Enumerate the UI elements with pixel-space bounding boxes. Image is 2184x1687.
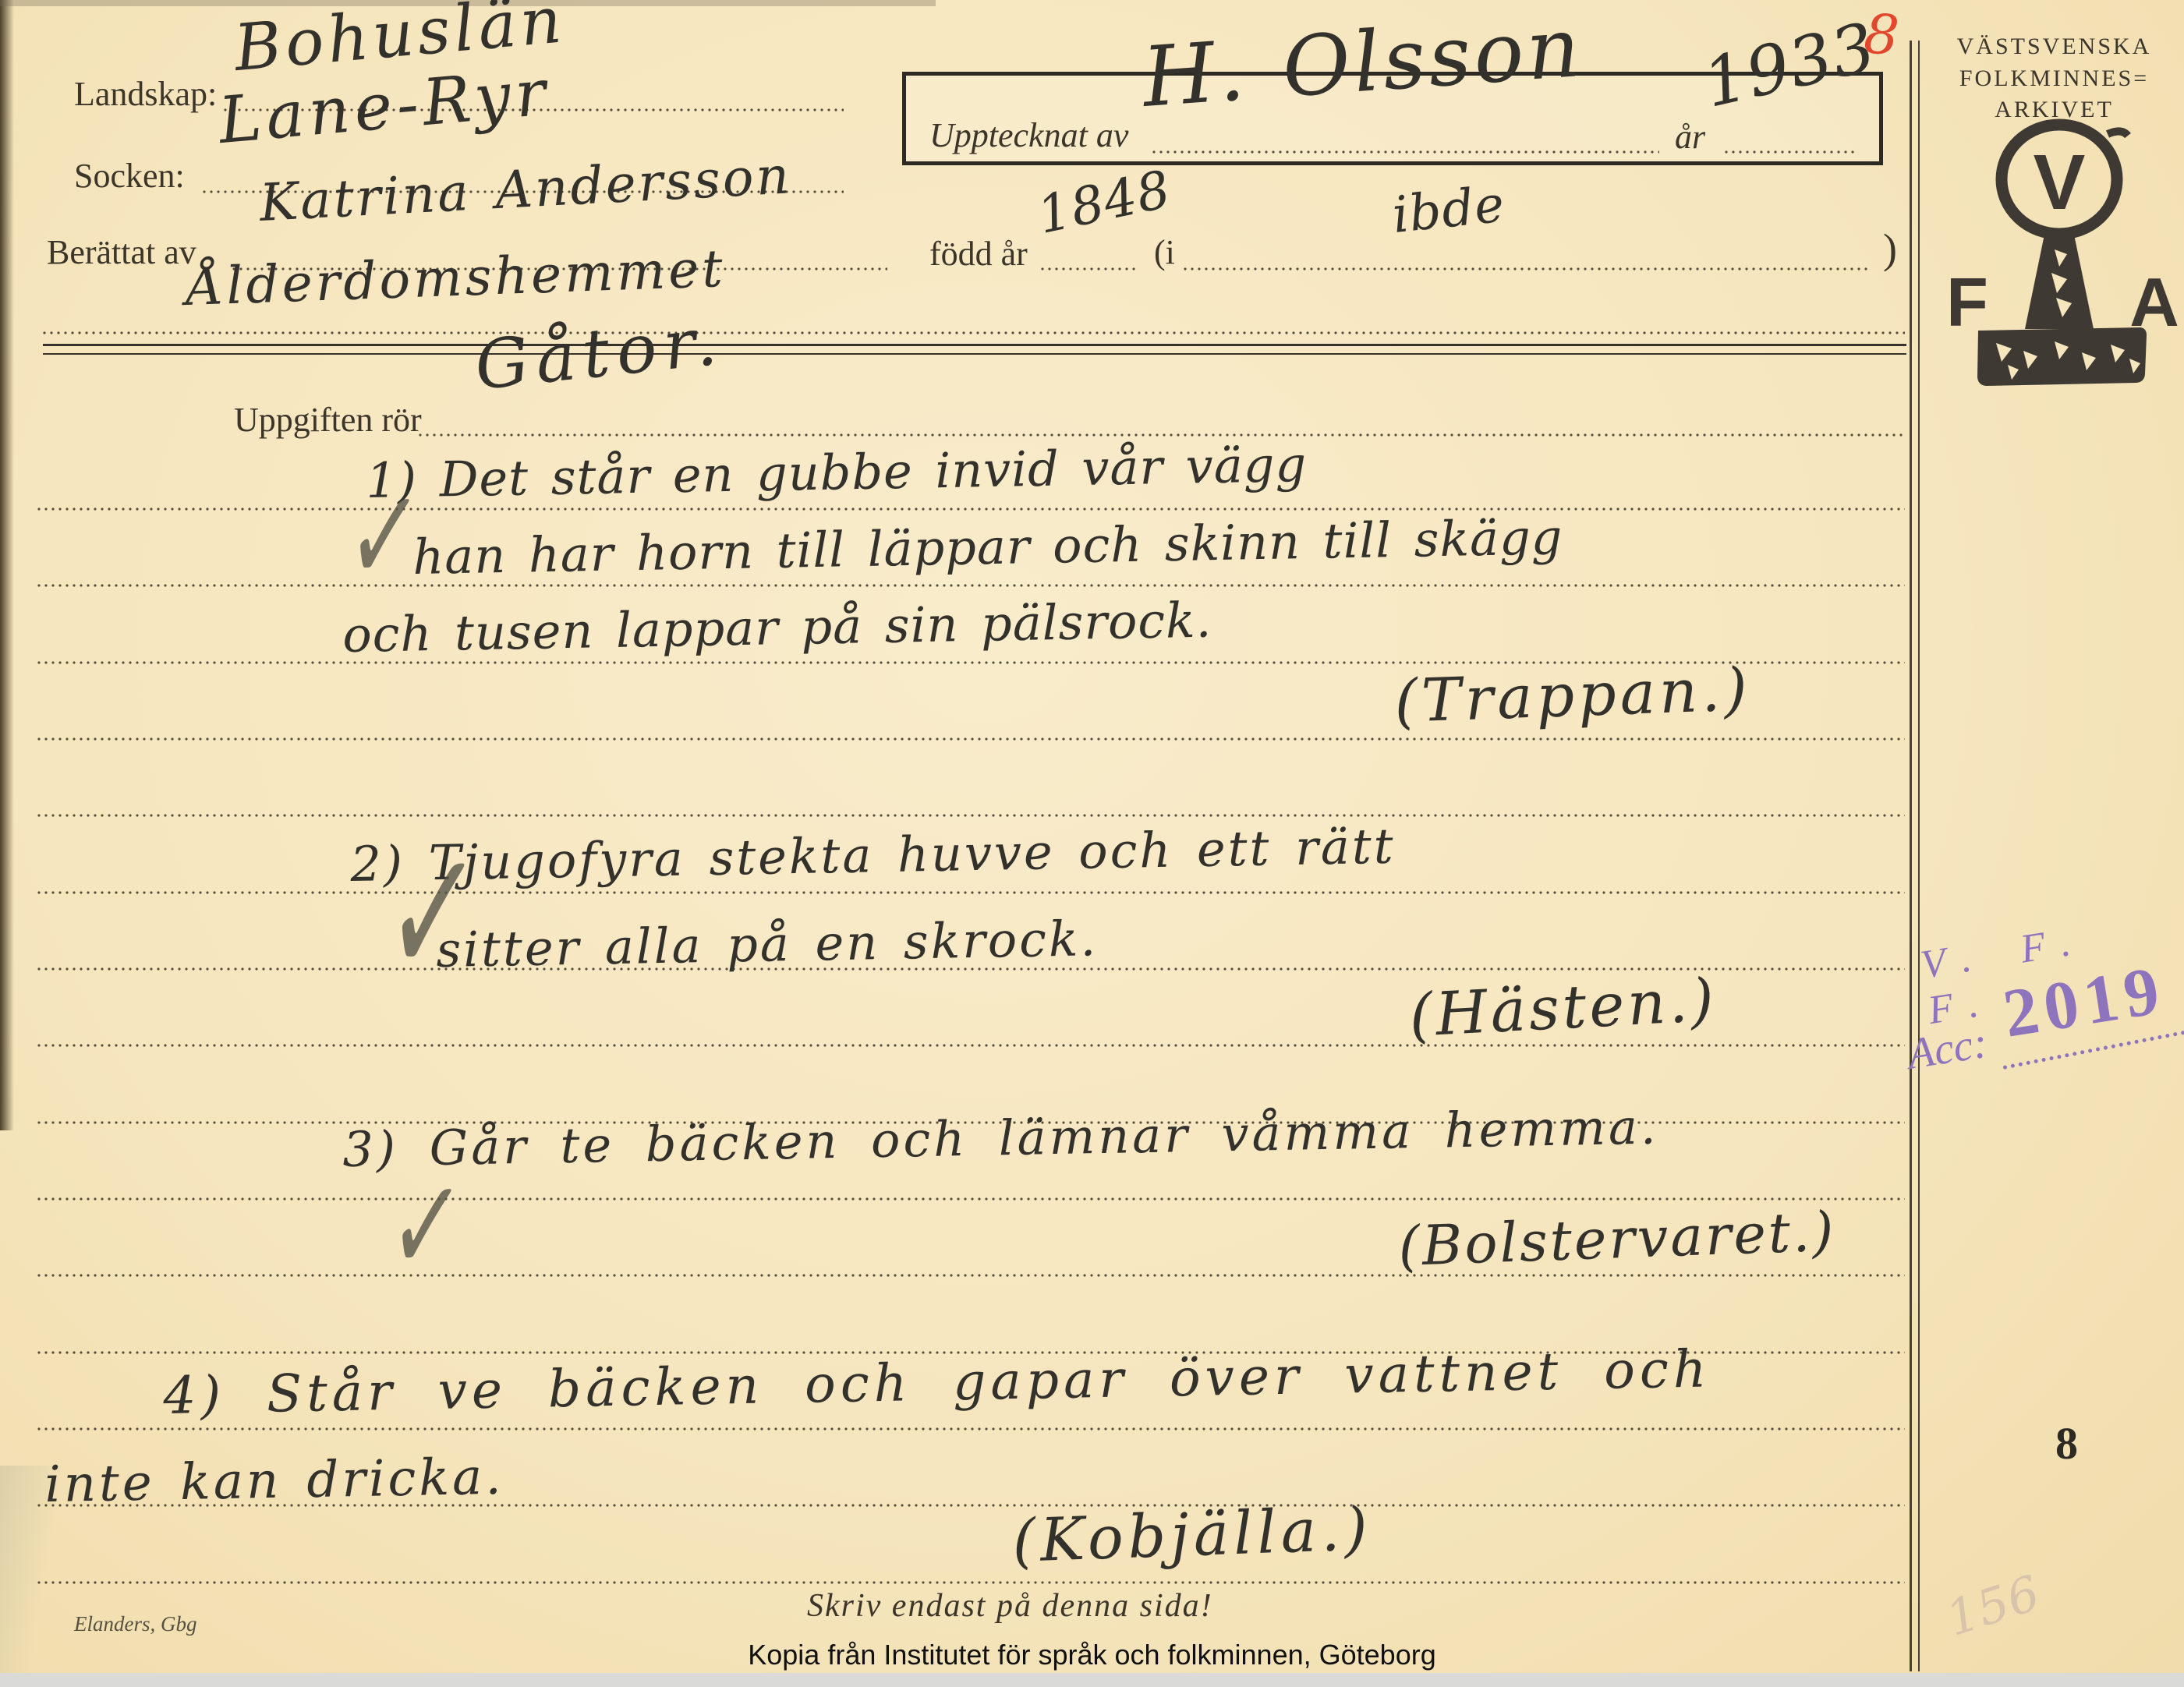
archive-name-line2: FOLKMINNES= bbox=[1924, 63, 2184, 95]
stamp-acc-label: Acc: bbox=[1904, 1018, 1991, 1080]
riddle-1-line-1: 1) Det står en gubbe invid vår vägg bbox=[366, 436, 1308, 509]
berattat-value-line2: Ålderdomshemmet bbox=[185, 239, 727, 317]
write-only-this-side-note: Skriv endast på denna sida! bbox=[807, 1587, 1213, 1625]
thor-hammer-logo-icon: V F A bbox=[1938, 117, 2181, 413]
year-label: år bbox=[1675, 117, 1705, 157]
uppgiften-label: Uppgiften rör bbox=[234, 400, 422, 440]
scan-edge-left bbox=[0, 0, 14, 1130]
riddle-3-line-1: 3) Går te bäcken och lämnar våmma hemma. bbox=[342, 1098, 1659, 1178]
socken-label: Socken: bbox=[74, 156, 185, 196]
year-dotted-line bbox=[1725, 150, 1856, 154]
logo-letter-f: F bbox=[1946, 263, 1988, 341]
uppgiften-dotted-line bbox=[419, 433, 1903, 437]
ruled-line bbox=[37, 891, 1905, 894]
archive-name-line1: VÄSTSVENSKA bbox=[1924, 31, 2184, 63]
logo-letter-v: V bbox=[2034, 139, 2086, 226]
archive-name: VÄSTSVENSKA FOLKMINNES= ARKIVET bbox=[1924, 31, 2184, 126]
birthplace-open-paren: (i bbox=[1154, 232, 1175, 272]
fodd-dotted-line bbox=[1041, 267, 1138, 271]
riddle-1-line-3: och tusen lappar på sin pälsrock. bbox=[342, 592, 1212, 663]
printer-imprint: Elanders, Gbg bbox=[74, 1612, 197, 1636]
landskap-label: Landskap: bbox=[74, 74, 217, 114]
ruled-line bbox=[37, 1427, 1905, 1431]
riddle-1-line-2: han har horn till läppar och skinn till … bbox=[412, 508, 1563, 585]
riddle-4-line-2: inte kan dricka. bbox=[44, 1448, 504, 1514]
pencil-checkmark: ✓ bbox=[378, 812, 487, 1016]
birthplace-dotted-line bbox=[1184, 267, 1871, 271]
riddle-2-line-2: sitter alla på en skrock. bbox=[436, 910, 1099, 978]
full-width-dotted-line bbox=[43, 331, 1905, 334]
ruled-line bbox=[37, 737, 1905, 741]
scan-bottom-strip bbox=[0, 1673, 2184, 1687]
header-double-rule bbox=[43, 344, 1906, 355]
riddle-1-answer: (Trappan.) bbox=[1393, 654, 1752, 736]
ruled-line bbox=[37, 1044, 1905, 1047]
riddle-2-line-1: 2) Tjugofyra stekta huvve och ett rätt bbox=[350, 818, 1396, 893]
margin-double-rule bbox=[1910, 41, 1920, 1671]
riddle-3-answer: (Bolstervaret.) bbox=[1397, 1199, 1837, 1279]
ruled-line bbox=[37, 1274, 1905, 1277]
upptecknat-label: Upptecknat av bbox=[929, 115, 1128, 155]
pencil-checkmark: ✓ bbox=[342, 461, 427, 610]
birthplace-value: ibde bbox=[1389, 175, 1507, 245]
pencil-checkmark: ✓ bbox=[384, 1151, 469, 1300]
upptecknat-dotted-line bbox=[1152, 150, 1659, 154]
ruled-line bbox=[37, 1197, 1905, 1201]
riddle-4-answer: (Kobjälla.) bbox=[1011, 1494, 1373, 1576]
accession-stamp: V. F. F. 2019 Acc: bbox=[1891, 901, 2184, 1132]
uppgiften-value: Gåtor. bbox=[472, 302, 727, 405]
logo-letter-a: A bbox=[2129, 263, 2179, 341]
birthplace-close-paren: ) bbox=[1883, 225, 1897, 273]
margin-page-number: 8 bbox=[2055, 1417, 2078, 1469]
berattat-label: Berättat av bbox=[47, 232, 196, 272]
modern-copy-caption: Kopia från Institutet för språk och folk… bbox=[0, 1639, 2184, 1671]
red-page-number: 8 bbox=[1862, 2, 1902, 68]
riddle-2-answer: (Hästen.) bbox=[1407, 964, 1719, 1050]
ruled-line bbox=[37, 584, 1905, 587]
ruled-line bbox=[37, 1581, 1905, 1584]
ruled-line bbox=[37, 508, 1905, 511]
ruled-line bbox=[37, 814, 1905, 817]
faint-pencil-number: 156 bbox=[1939, 1564, 2047, 1647]
archive-record-card: Landskap: Bohuslän Socken: Lane-Ryr Berä… bbox=[0, 0, 2184, 1687]
berattat-value: Katrina Andersson bbox=[258, 145, 793, 233]
fodd-label: född år bbox=[929, 234, 1028, 274]
